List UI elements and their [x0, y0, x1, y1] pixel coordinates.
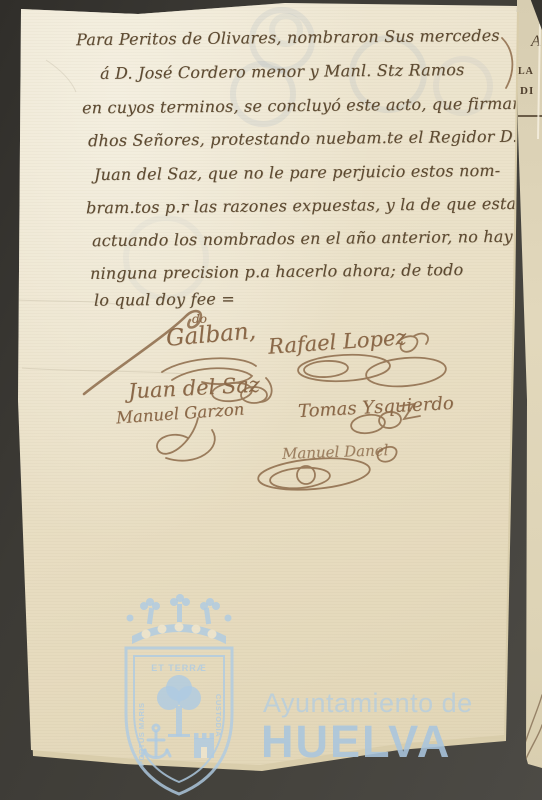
signature-flourishes: [16, 0, 520, 800]
manuscript-page: Para Peritos de Olivares, nombraron Sus …: [16, 0, 520, 800]
printed-fragment: LA: [518, 66, 534, 77]
printed-fragment: DI: [520, 85, 534, 97]
scanned-document: A LA DI: [0, 0, 542, 800]
ink-flourish: [518, 685, 542, 765]
